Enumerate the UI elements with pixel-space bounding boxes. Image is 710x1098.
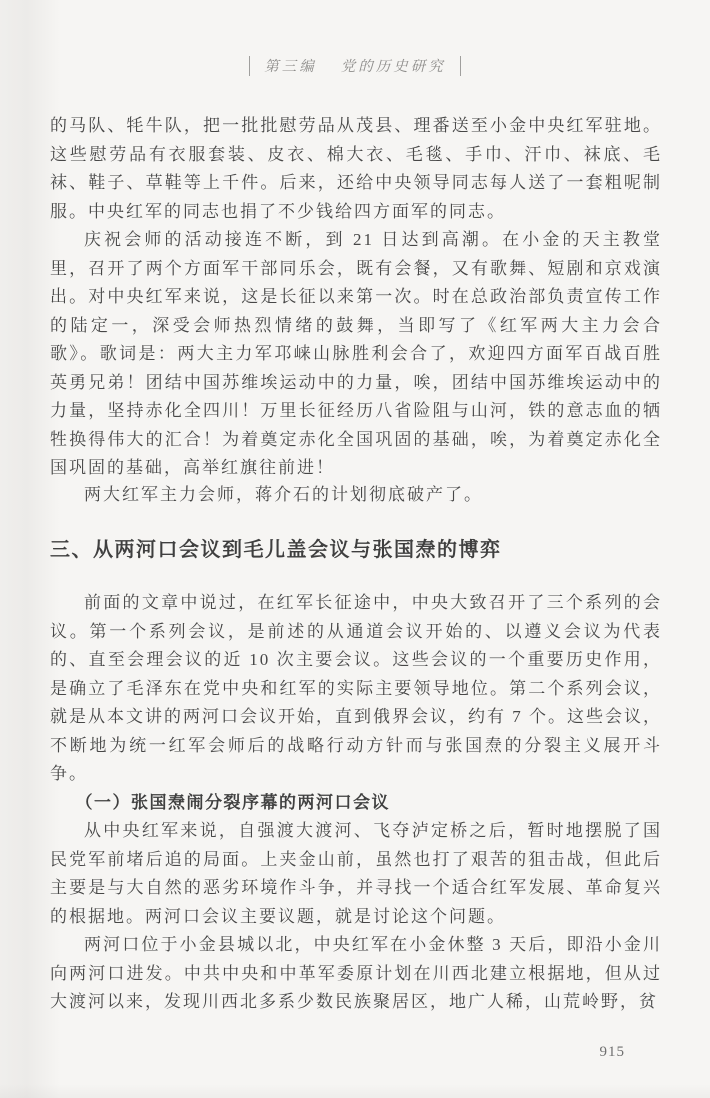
paragraph-celebration: 庆祝会师的活动接连不断，到 21 日达到高潮。在小金的天主教堂里，召开了两个方面… (50, 226, 662, 483)
paragraph-conclusion: 两大红军主力会师，蒋介石的计划彻底破产了。 (50, 481, 662, 510)
page-number: 915 (600, 1044, 626, 1061)
book-page: 第三编 党的历史研究 的马队、牦牛队，把一批批慰劳品从茂县、理番送至小金中央红军… (0, 0, 710, 1098)
paragraph-continuation: 的马队、牦牛队，把一批批慰劳品从茂县、理番送至小金中央红军驻地。这些慰劳品有衣服… (50, 112, 662, 226)
paragraph-meeting-series: 前面的文章中说过，在红军长征途中，中央大致召开了三个系列的会议。第一个系列会议，… (50, 589, 662, 789)
paragraph-central-red-army: 从中央红军来说，自强渡大渡河、飞夺泸定桥之后，暂时地摆脱了国民党军前堵后追的局面… (50, 817, 662, 931)
paragraph-lianghekou: 两河口位于小金县城以北，中央红军在小金休整 3 天后，即沿小金川向两河口进发。中… (50, 931, 662, 1017)
running-header: 第三编 党的历史研究 (0, 55, 710, 76)
header-rule-left-icon (249, 56, 250, 76)
header-rule-right-icon (460, 56, 461, 76)
header-section-title: 党的历史研究 (341, 55, 446, 76)
subsection-heading: （一）张国焘闹分裂序幕的两河口会议 (50, 789, 662, 816)
scan-shadow-bottom (0, 1084, 710, 1098)
section-heading: 三、从两河口会议到毛儿盖会议与张国焘的博弈 (50, 536, 662, 564)
header-part-label: 第三编 (264, 55, 317, 76)
